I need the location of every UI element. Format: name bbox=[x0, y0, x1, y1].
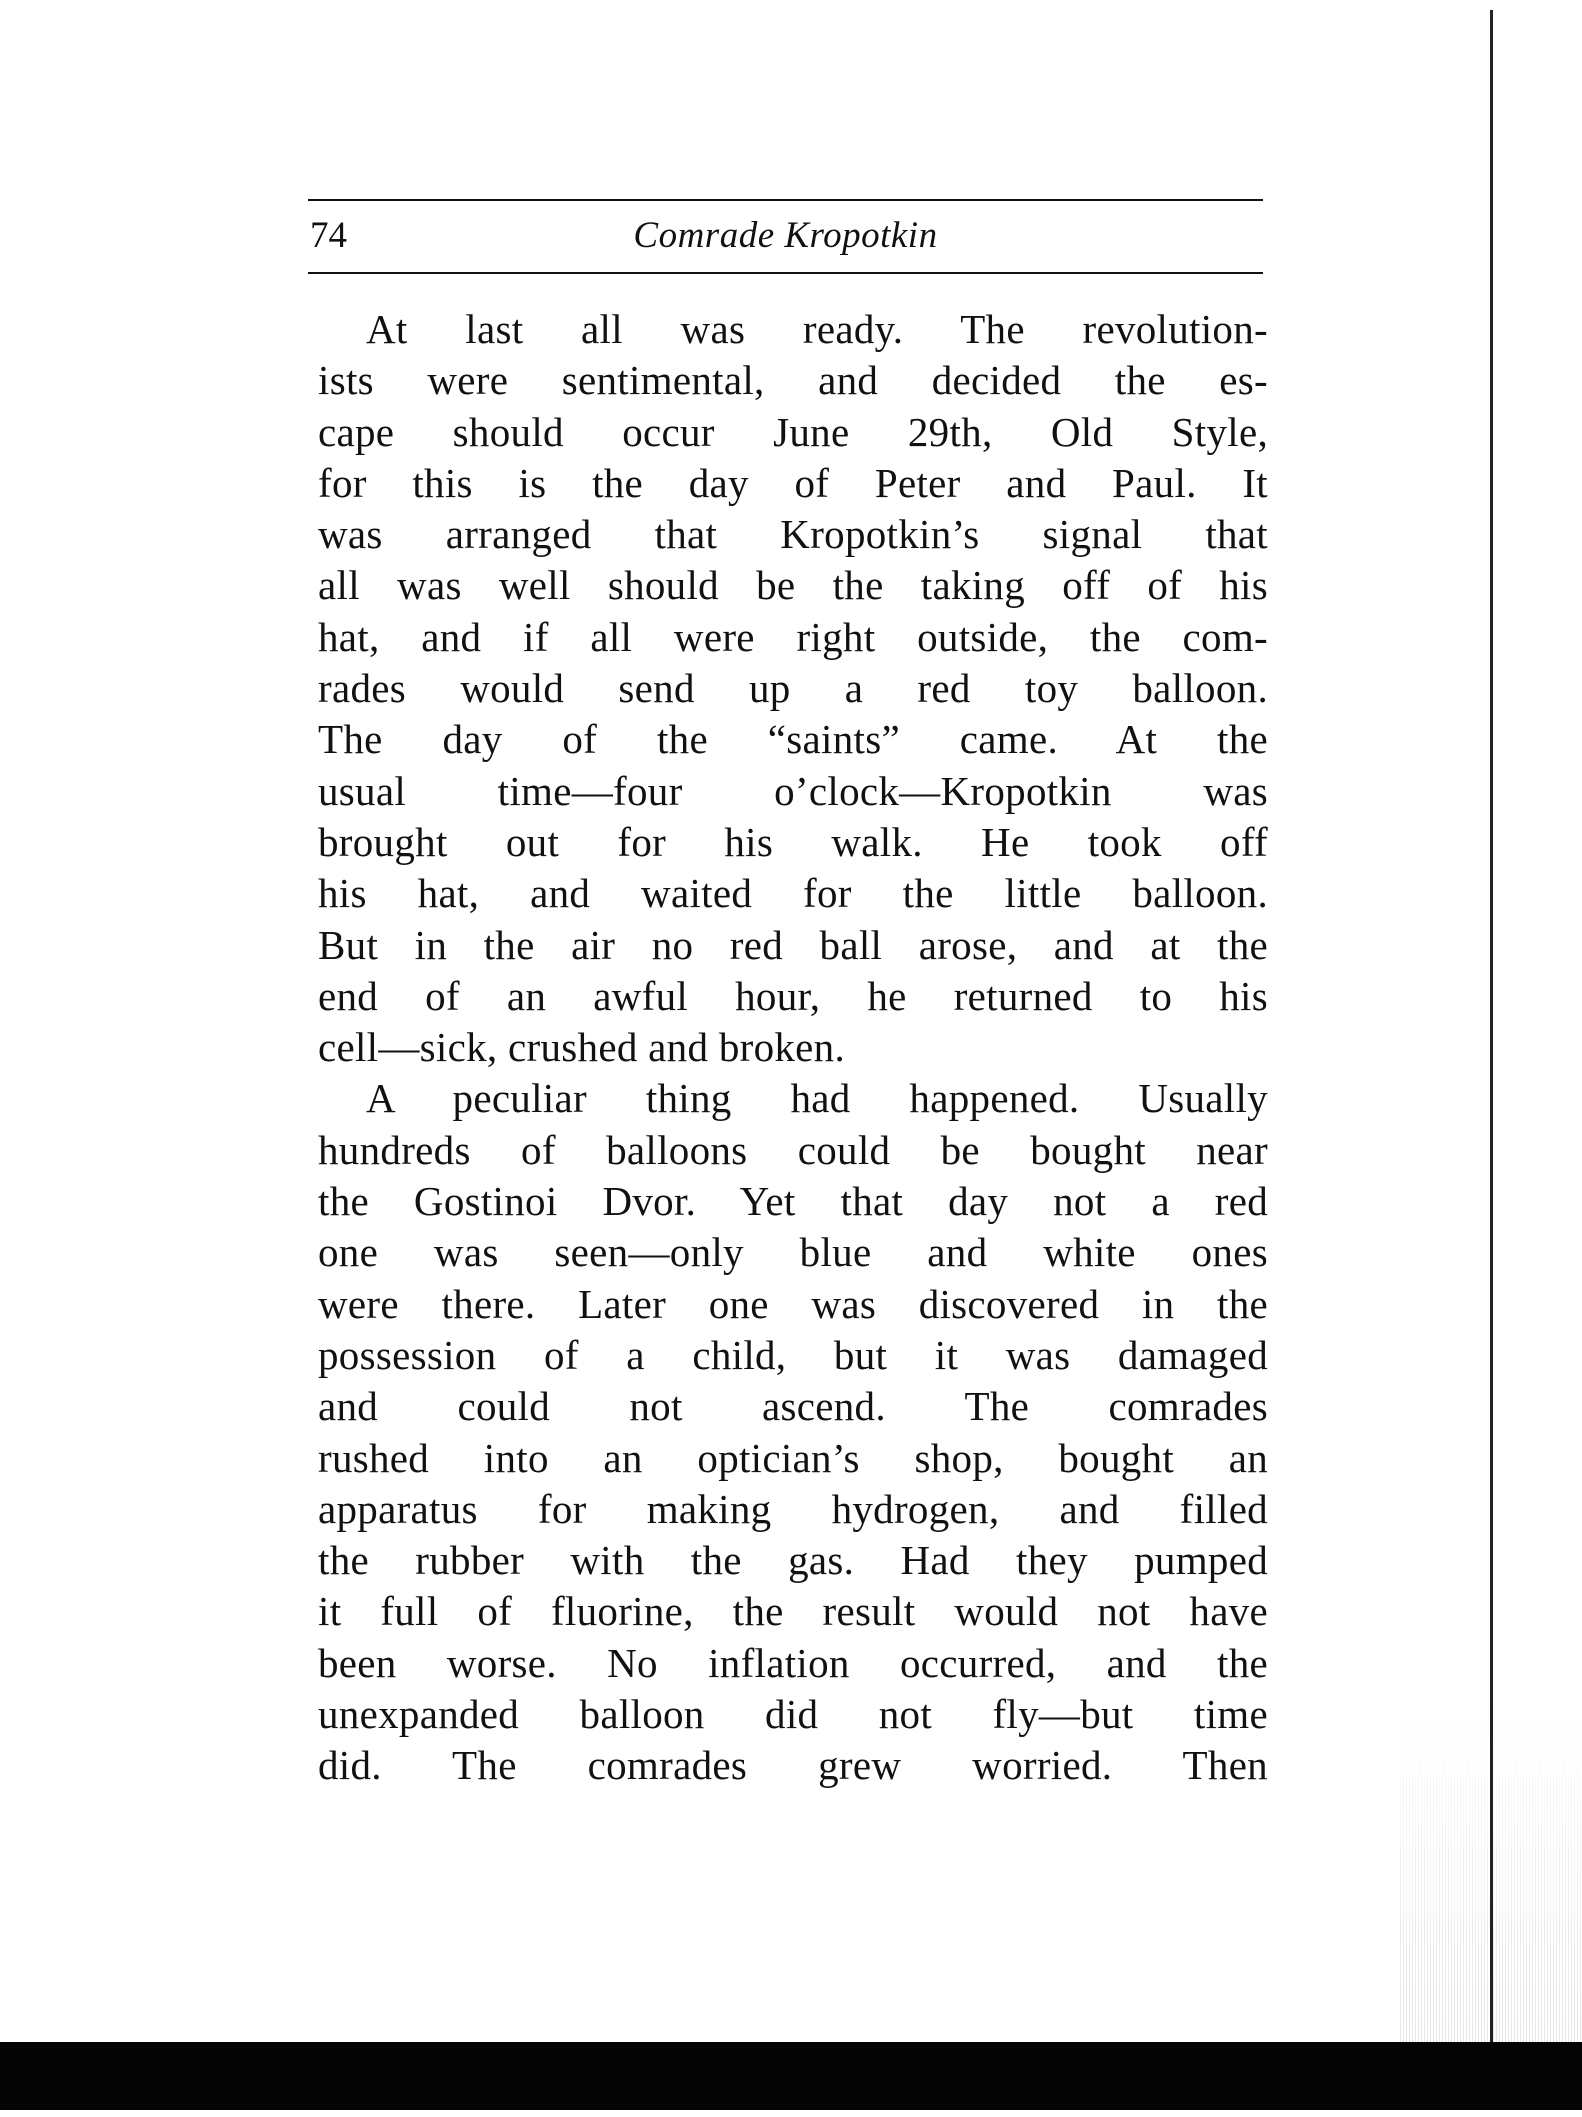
text-line: rushed into an optician’s shop, bought a… bbox=[318, 1433, 1268, 1484]
text-line: hundreds of balloons could be bought nea… bbox=[318, 1125, 1268, 1176]
text-line: were there. Later one was discovered in … bbox=[318, 1279, 1268, 1330]
text-line: end of an awful hour, he returned to his bbox=[318, 971, 1268, 1022]
text-line: unexpanded balloon did not fly—but time bbox=[318, 1689, 1268, 1740]
text-line: ists were sentimental, and decided the e… bbox=[318, 355, 1268, 406]
text-line: all was well should be the taking off of… bbox=[318, 560, 1268, 611]
text-line: for this is the day of Peter and Paul. I… bbox=[318, 458, 1268, 509]
text-line: the rubber with the gas. Had they pumped bbox=[318, 1535, 1268, 1586]
text-line: usual time—four o’clock—Kropotkin was bbox=[318, 766, 1268, 817]
text-line: cell—sick, crushed and broken. bbox=[318, 1022, 1268, 1073]
text-line: been worse. No inflation occurred, and t… bbox=[318, 1638, 1268, 1689]
running-head: 74 Comrade Kropotkin bbox=[308, 210, 1263, 266]
text-line: was arranged that Kropotkin’s signal tha… bbox=[318, 509, 1268, 560]
text-line: the Gostinoi Dvor. Yet that day not a re… bbox=[318, 1176, 1268, 1227]
text-line: brought out for his walk. He took off bbox=[318, 817, 1268, 868]
text-line: But in the air no red ball arose, and at… bbox=[318, 920, 1268, 971]
text-line: one was seen—only blue and white ones bbox=[318, 1227, 1268, 1278]
text-line: The day of the “saints” came. At the bbox=[318, 714, 1268, 765]
scan-bottom-band bbox=[0, 2042, 1582, 2110]
text-line: it full of fluorine, the result would no… bbox=[318, 1586, 1268, 1637]
text-line: possession of a child, but it was damage… bbox=[318, 1330, 1268, 1381]
text-line: did. The comrades grew worried. Then bbox=[318, 1740, 1268, 1791]
text-line: cape should occur June 29th, Old Style, bbox=[318, 407, 1268, 458]
body-text: At last all was ready. The revolution-is… bbox=[318, 304, 1268, 1792]
running-title: Comrade Kropotkin bbox=[308, 214, 1263, 257]
text-line: At last all was ready. The revolution- bbox=[318, 304, 1268, 355]
text-line: his hat, and waited for the little ballo… bbox=[318, 868, 1268, 919]
text-line: A peculiar thing had happened. Usually bbox=[318, 1073, 1268, 1124]
header-top-rule bbox=[308, 199, 1263, 201]
text-line: rades would send up a red toy balloon. bbox=[318, 663, 1268, 714]
text-line: and could not ascend. The comrades bbox=[318, 1381, 1268, 1432]
page-edge-line bbox=[1490, 10, 1493, 2042]
text-line: hat, and if all were right outside, the … bbox=[318, 612, 1268, 663]
text-line: apparatus for making hydrogen, and fille… bbox=[318, 1484, 1268, 1535]
header-bottom-rule bbox=[308, 272, 1263, 274]
